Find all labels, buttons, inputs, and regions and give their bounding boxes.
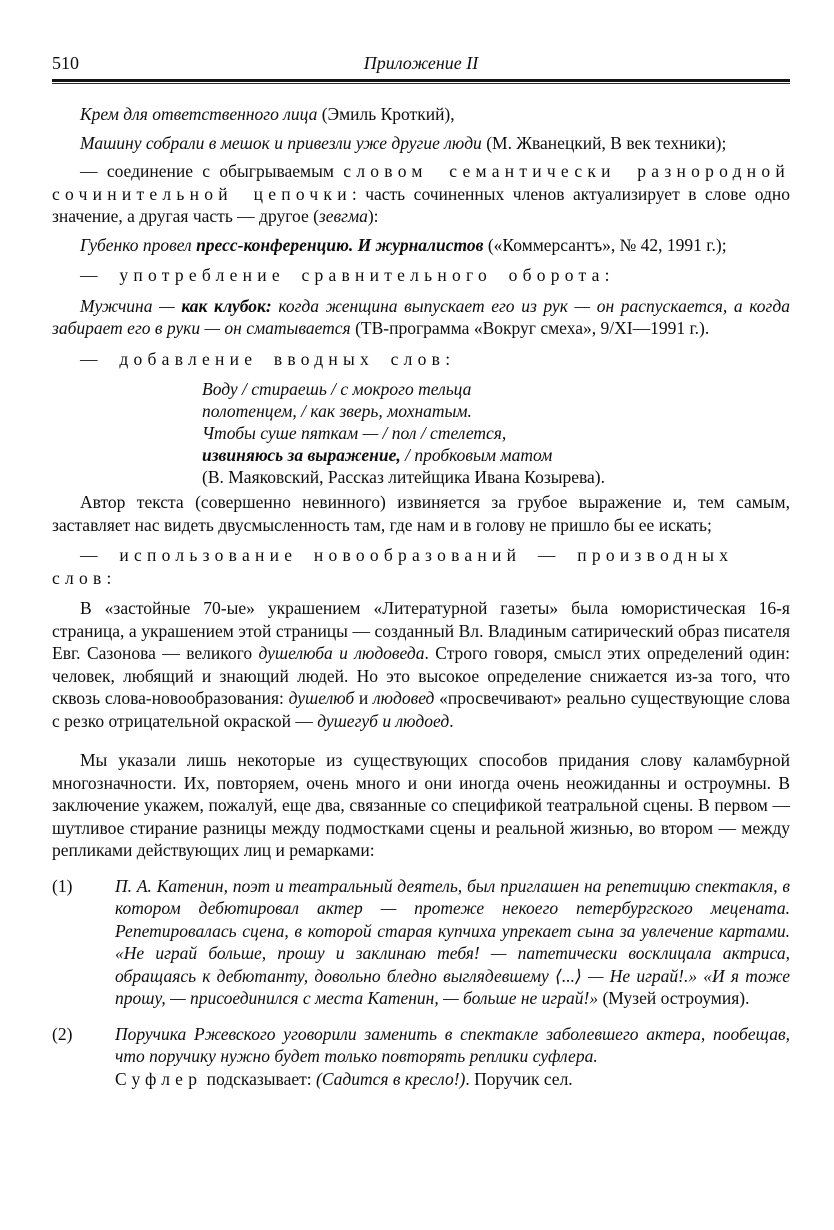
example-line: Крем для ответственного лица (Эмиль Крот… [52,103,790,126]
book-page: 510 Приложение II Крем для ответственног… [0,0,834,1230]
text-segment: как клубок: [181,296,271,316]
text-segment: Мужчина — [80,296,181,316]
text-segment: Чтобы суше пяткам — / пол / стелется, [202,423,506,443]
text-segment: душегуб и людоед [317,711,449,731]
text-segment: (Эмиль Кроткий), [322,104,455,124]
text-segment: Поручика Ржевского уговорили заменить в … [115,1024,790,1067]
text-segment: : [107,568,112,588]
text-segment: Машину собрали в мешок и привезли уже др… [80,133,486,153]
text-segment: Крем для ответственного лица [80,104,322,124]
text-segment: : [445,349,450,369]
example-line: Мужчина — как клубок: когда женщина выпу… [52,295,790,340]
text-segment: полотенцем, / как зверь, мохнатым. [202,401,472,421]
page-header-title: Приложение II [52,50,790,76]
list-item-text: Поручика Ржевского уговорили заменить в … [115,1023,790,1068]
text-segment: (ТВ-программа «Вокруг смеха», 9/XI—1991 … [355,318,709,338]
text-segment: Автор текста (совершенно невинного) изви… [52,492,790,535]
text-segment: — соединение с обыгрываемым [80,161,343,181]
list-item: (1)П. А. Катенин, поэт и театральный дея… [52,875,790,1010]
list-item-number: (1) [52,875,87,1010]
header-rule [52,79,790,83]
text-segment: зевгма [319,206,368,226]
verse-line: Воду / стираешь / с мокрого тельца [202,378,790,400]
text-segment: Губенко провел [80,235,196,255]
text-segment: Суфлер [115,1069,202,1089]
text-segment: и [354,688,373,708]
text-segment: — использование новообразований — произв… [52,545,733,588]
list-item-text: П. А. Катенин, поэт и театральный деятел… [115,875,790,1010]
list-item-number: (2) [52,1023,87,1068]
text-segment: (Садится в кресло!) [316,1069,465,1089]
verse-source: (В. Маяковский, Рассказ литейщика Ивана … [202,466,790,488]
verse-line: Чтобы суше пяткам — / пол / стелется, [202,422,790,444]
text-segment: (В. Маяковский, Рассказ литейщика Ивана … [202,467,605,487]
text-segment: душелюба и людоведа [259,643,425,663]
list-item-continuation: Суфлер подсказывает: (Садится в кресло!)… [115,1068,790,1091]
text-segment: — употребление сравнительного оборота [80,265,605,285]
text-segment: пресс-конференцию. И журналистов [196,235,483,255]
text-segment: . [449,711,453,731]
text-segment: ): [368,206,379,226]
text-segment: / пробковым матом [401,445,553,465]
paragraph: Мы указали лишь некоторые из существующи… [52,749,790,862]
text-segment: Воду / стираешь / с мокрого тельца [202,379,471,399]
example-line: Машину собрали в мешок и привезли уже др… [52,132,790,155]
text-segment: извиняюсь за выражение, [202,445,401,465]
text-segment: Мы указали лишь некоторые из существующи… [52,750,790,860]
text-segment: (М. Жванецкий, В век техники); [486,133,726,153]
list-item: (2)Поручика Ржевского уговорили заменить… [52,1023,790,1068]
spaced-heading: — использование новообразований — произв… [52,544,790,589]
paragraph: — соединение с обыгрываемым словом семан… [52,160,790,228]
text-segment: . Поручик сел. [465,1069,572,1089]
paragraph: Автор текста (совершенно невинного) изви… [52,491,790,536]
verse-line: извиняюсь за выражение, / пробковым мато… [202,444,790,466]
content: Крем для ответственного лица (Эмиль Крот… [52,103,790,1090]
text-segment: — добавление вводных слов [80,349,445,369]
spaced-heading: — добавление вводных слов: [52,348,790,371]
page-header: 510 Приложение II [52,50,790,76]
text-segment: («Коммерсантъ», № 42, 1991 г.); [483,235,726,255]
example-line: Губенко провел пресс-конференцию. И журн… [52,234,790,257]
paragraph: В «застойные 70-ые» украшением «Литерату… [52,597,790,732]
text-segment: душелюб [289,688,354,708]
text-segment: : [605,265,610,285]
verse-line: полотенцем, / как зверь, мохнатым. [202,400,790,422]
text-segment: (Музей остроумия). [602,988,749,1008]
text-segment: подсказывает: [202,1069,316,1089]
spaced-heading: — употребление сравнительного оборота: [52,264,790,287]
text-segment: людовед [373,688,434,708]
